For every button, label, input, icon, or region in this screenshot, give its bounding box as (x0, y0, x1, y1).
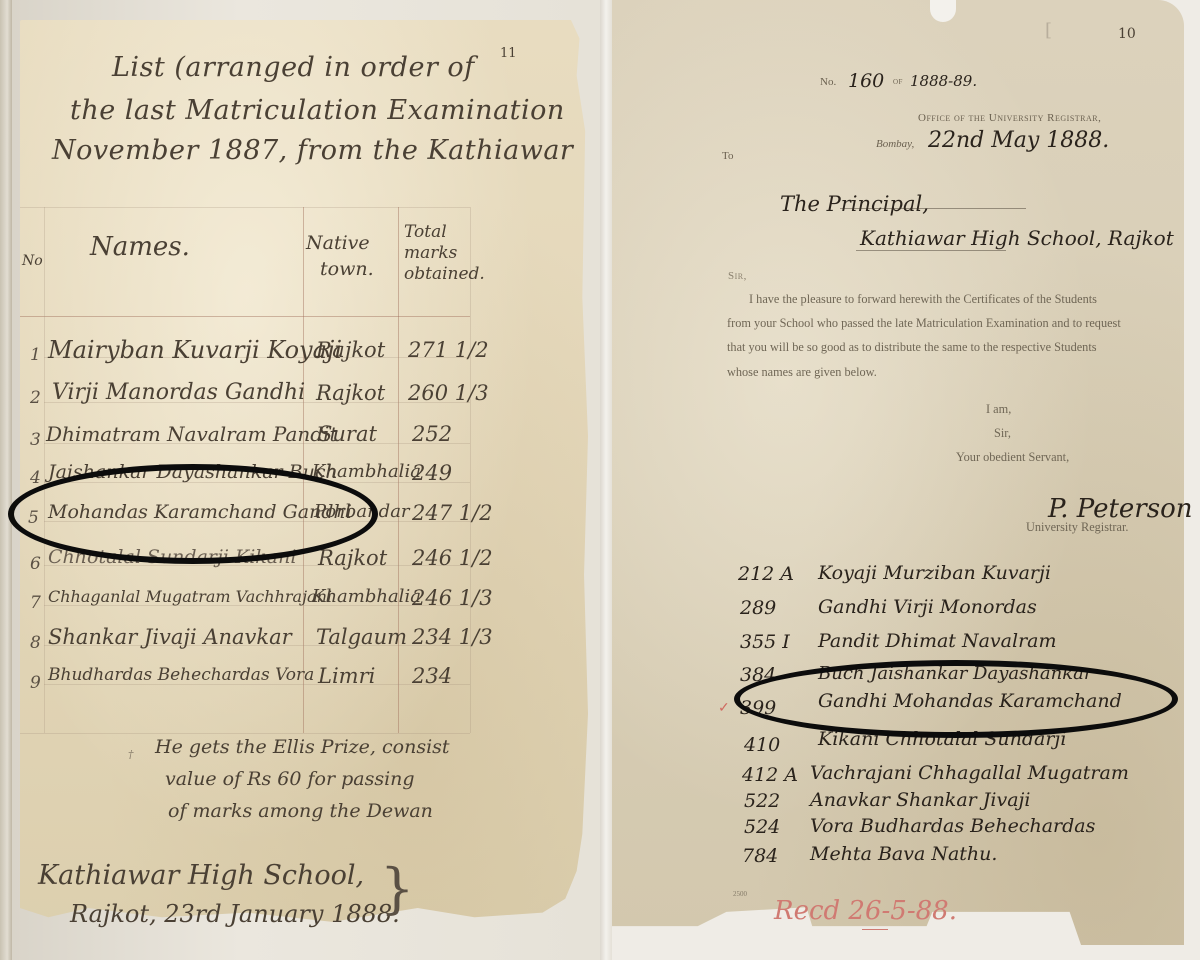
table-col-rule-marks (470, 207, 471, 733)
student-number: 412 A (742, 764, 798, 786)
row-marks: 246 1/2 (412, 546, 493, 570)
row-number: 7 (30, 593, 41, 613)
addressee-line-1: The Principal, (780, 192, 929, 216)
row-number: 2 (30, 388, 41, 408)
row-name: Chhaganlal Mugatram Vachhrajani (48, 587, 332, 606)
row-town: Surat (318, 422, 377, 446)
body-line-1: I have the pleasure to forward herewith … (749, 292, 1097, 307)
row-town: Rajkot (318, 546, 387, 570)
body-line-2: from your School who passed the late Mat… (727, 316, 1121, 331)
left-title-line-2: the last Matriculation Examination (70, 95, 565, 126)
student-number: 355 I (740, 631, 790, 653)
letter-date: 22nd May 1888. (928, 128, 1109, 153)
reference-prefix: No. (820, 76, 836, 88)
salutation: Sir, (728, 270, 747, 282)
header-names: Names. (90, 232, 190, 262)
student-name: Vachrajani Chhagallal Mugatram (810, 762, 1129, 784)
student-name: Gandhi Virji Monordas (818, 596, 1037, 618)
row-number: 8 (30, 633, 41, 653)
addressee-underline-2 (856, 250, 1006, 251)
header-total-marks-line-1: Total (404, 222, 474, 243)
row-marks: 247 1/2 (412, 501, 493, 525)
row-town: Khambhalia (312, 586, 421, 607)
student-name: Vora Budhardas Behechardas (810, 815, 1095, 837)
row-number: 1 (30, 345, 41, 365)
faint-bracket-mark: [ (1045, 20, 1052, 41)
row-marks: 260 1/3 (408, 381, 489, 405)
row-name: Shankar Jivaji Anavkar (48, 625, 292, 649)
row-town: Khambhalia (312, 461, 421, 482)
body-line-3: that you will be so good as to distribut… (727, 340, 1097, 355)
reference-of-label: of (893, 76, 903, 87)
registrar-title: University Registrar. (1026, 520, 1128, 535)
student-number: 289 (740, 597, 776, 619)
student-name: Pandit Dhimat Navalram (818, 630, 1057, 652)
row-town: Rajkot (316, 338, 385, 362)
office-heading: Office of the University Registrar, (918, 112, 1101, 124)
row-marks: 252 (412, 422, 452, 446)
row-name: Bhudhardas Behechardas Vora (48, 665, 314, 685)
table-bottom-rule (20, 733, 470, 734)
header-native-town-line-2: town. (306, 256, 396, 282)
student-number: 522 (744, 790, 780, 812)
flourish-brace: } (380, 862, 414, 916)
left-page-number: 11 (500, 46, 517, 61)
addressee-line-2: Kathiawar High School, Rajkot (860, 226, 1174, 250)
student-number: 784 (742, 845, 778, 867)
left-title-line-3: November 1887, from the Kathiawar (52, 135, 573, 166)
school-date-signature: Rajkot, 23rd January 1888. (70, 900, 400, 928)
row-name: Mairyban Kuvarji Koyaji (48, 336, 342, 364)
student-number: 410 (744, 734, 780, 756)
row-marks: 234 1/3 (412, 625, 493, 649)
received-underline (862, 929, 888, 930)
row-name: Dhimatram Navalram Pandit (46, 422, 338, 446)
header-total-marks-line-3: obtained. (404, 264, 474, 285)
prize-note-line-3: of marks among the Dewan (168, 800, 433, 822)
row-town: Talgaum (316, 625, 407, 649)
closing-line-3: Your obedient Servant, (956, 450, 1069, 465)
row-marks: 246 1/3 (412, 586, 493, 610)
to-label: To (722, 150, 733, 162)
checkmark-icon: ✓ (718, 700, 730, 716)
row-marks: 249 (412, 461, 452, 485)
left-frame-edge (0, 0, 12, 960)
row-town: Rajkot (316, 381, 385, 405)
row-town: Limri (318, 664, 375, 688)
row-number: 3 (30, 430, 41, 450)
center-gutter (600, 0, 612, 960)
dagger-mark: † (128, 748, 134, 761)
reference-number: 160 (848, 70, 884, 92)
header-total-marks-line-2: marks (404, 243, 474, 264)
row-number: 9 (30, 673, 41, 693)
student-number: 524 (744, 816, 780, 838)
left-title-line-1: List (arranged in order of (112, 52, 475, 83)
row-name: Virji Manordas Gandhi (52, 380, 305, 405)
body-line-4: whose names are given below. (727, 365, 877, 380)
closing-line-2: Sir, (994, 426, 1011, 441)
addressee-underline-1 (840, 208, 1026, 209)
row-marks: 271 1/2 (408, 338, 489, 362)
print-code: 2500 (733, 890, 747, 898)
place-label: Bombay, (876, 138, 914, 150)
row-marks: 234 (412, 664, 452, 688)
student-number: 212 A (738, 563, 794, 585)
table-top-rule (20, 207, 470, 208)
prize-note-line-1: He gets the Ellis Prize, consist (155, 736, 450, 758)
student-name: Koyaji Murziban Kuvarji (818, 562, 1051, 584)
row-number: 6 (30, 554, 41, 574)
student-name: Anavkar Shankar Jivaji (810, 789, 1031, 811)
table-col-rule-no (44, 207, 45, 733)
highlight-oval-left (8, 464, 378, 564)
header-no: No (22, 253, 43, 269)
highlight-oval-right (734, 660, 1178, 738)
prize-note-line-2: value of Rs 60 for passing (165, 768, 415, 790)
student-name: Mehta Bava Nathu. (810, 843, 997, 865)
header-total-marks: Total marks obtained. (404, 222, 474, 285)
reference-year: 1888-89. (910, 72, 977, 90)
right-page-number: 10 (1118, 26, 1136, 42)
closing-line-1: I am, (986, 402, 1011, 417)
header-native-town: Native town. (306, 230, 396, 282)
school-name-signature: Kathiawar High School, (38, 860, 364, 891)
received-stamp: Recd 26-5-88. (774, 896, 957, 926)
header-native-town-line-1: Native (306, 230, 396, 256)
table-header-rule (20, 316, 470, 317)
